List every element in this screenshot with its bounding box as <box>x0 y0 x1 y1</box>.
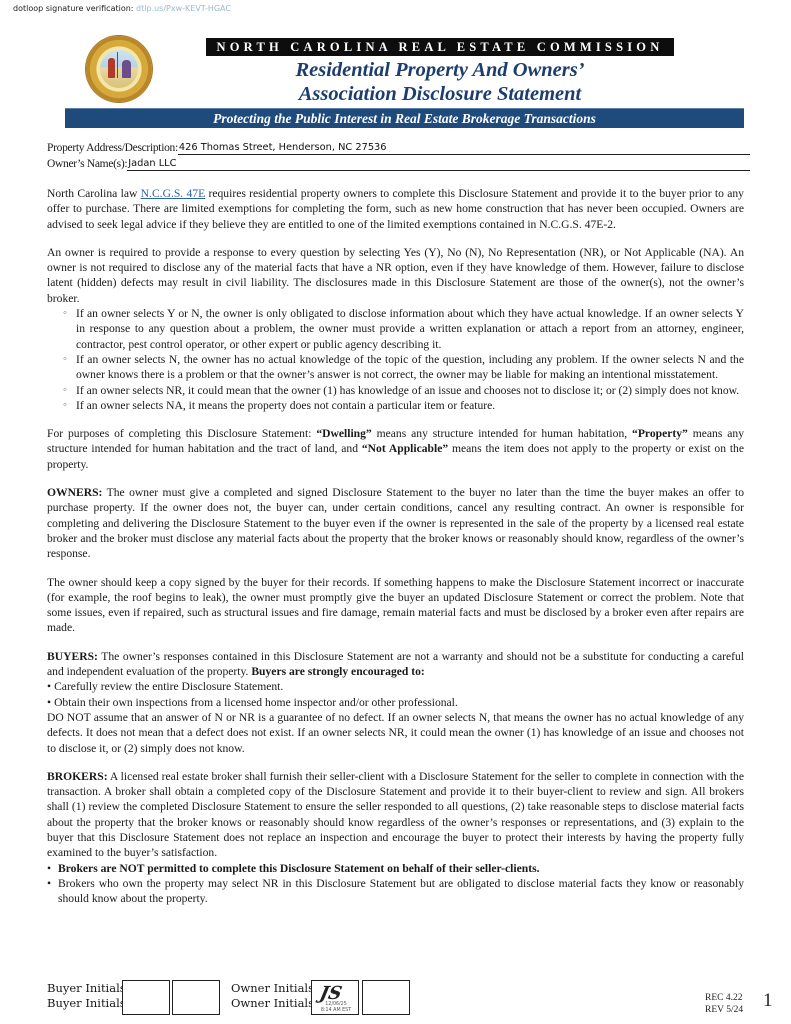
document-title-line2: Association Disclosure Statement <box>206 82 674 106</box>
nc-state-seal-icon <box>86 36 152 102</box>
list-item: If an owner selects NA, it means the pro… <box>47 398 744 413</box>
buyers-section: BUYERS: The owner’s responses contained … <box>47 649 744 680</box>
list-item: Carefully review the entire Disclosure S… <box>47 679 744 694</box>
intro-paragraph: North Carolina law N.C.G.S. 47E requires… <box>47 186 744 232</box>
commission-header: NORTH CAROLINA REAL ESTATE COMMISSION <box>206 38 674 56</box>
buyers-closing: DO NOT assume that an answer of N or NR … <box>47 710 744 756</box>
property-address-field[interactable]: 426 Thomas Street, Henderson, NC 27536 <box>178 141 750 155</box>
document-title-line1: Residential Property And Owners’ <box>206 58 674 82</box>
list-item: Brokers who own the property may select … <box>47 876 744 907</box>
owner-name-label: Owner’s Name(s): <box>47 157 127 171</box>
buyers-bullet-list: Carefully review the entire Disclosure S… <box>47 679 744 710</box>
form-revision: REC 4.22 REV 5/24 <box>705 992 743 1016</box>
definitions-paragraph: For purposes of completing this Disclosu… <box>47 426 744 472</box>
owner-initials-box-2[interactable] <box>362 980 410 1015</box>
verification-label: dotloop signature verification: <box>13 4 134 13</box>
list-item: If an owner selects NR, it could mean th… <box>47 383 744 398</box>
buyers-heading: BUYERS: <box>47 650 98 663</box>
owners-section: OWNERS: The owner must give a completed … <box>47 485 744 561</box>
property-address-row: Property Address/Description: 426 Thomas… <box>47 141 750 155</box>
response-bullet-list: If an owner selects Y or N, the owner is… <box>47 306 744 413</box>
page-number: 1 <box>763 990 773 1012</box>
signature-initials: JS <box>318 983 344 1004</box>
owner-name-row: Owner’s Name(s): Jadan LLC <box>47 157 750 171</box>
list-item: If an owner selects Y or N, the owner is… <box>47 306 744 352</box>
verification-link[interactable]: dtlp.us/Pxw-KEVT-HGAC <box>136 4 231 13</box>
ncgs-47e-link[interactable]: N.C.G.S. 47E <box>141 187 206 200</box>
list-item: Brokers are NOT permitted to complete th… <box>47 861 744 876</box>
signature-verification: dotloop signature verification: dtlp.us/… <box>13 4 231 13</box>
owner-initials-box-1[interactable]: JS 12/06/25 8:14 AM EST <box>311 980 359 1015</box>
signature-timestamp: 12/06/25 8:14 AM EST <box>316 1002 356 1013</box>
brokers-heading: BROKERS: <box>47 770 108 783</box>
response-paragraph: An owner is required to provide a respon… <box>47 245 744 306</box>
disclosure-body: North Carolina law N.C.G.S. 47E requires… <box>47 186 744 906</box>
tagline-banner: Protecting the Public Interest in Real E… <box>65 108 744 128</box>
buyer-initials-box-2[interactable] <box>172 980 220 1015</box>
brokers-section: BROKERS: A licensed real estate broker s… <box>47 769 744 861</box>
property-address-label: Property Address/Description: <box>47 141 178 155</box>
brokers-bullet-list: Brokers are NOT permitted to complete th… <box>47 861 744 907</box>
owner-name-field[interactable]: Jadan LLC <box>127 157 750 171</box>
owner-copy-paragraph: The owner should keep a copy signed by t… <box>47 575 744 636</box>
owners-heading: OWNERS: <box>47 486 102 499</box>
buyer-initials-labels: Buyer Initials Buyer Initials <box>47 981 126 1011</box>
buyer-initials-box-1[interactable] <box>122 980 170 1015</box>
list-item: If an owner selects N, the owner has no … <box>47 352 744 383</box>
list-item: Obtain their own inspections from a lice… <box>47 695 744 710</box>
